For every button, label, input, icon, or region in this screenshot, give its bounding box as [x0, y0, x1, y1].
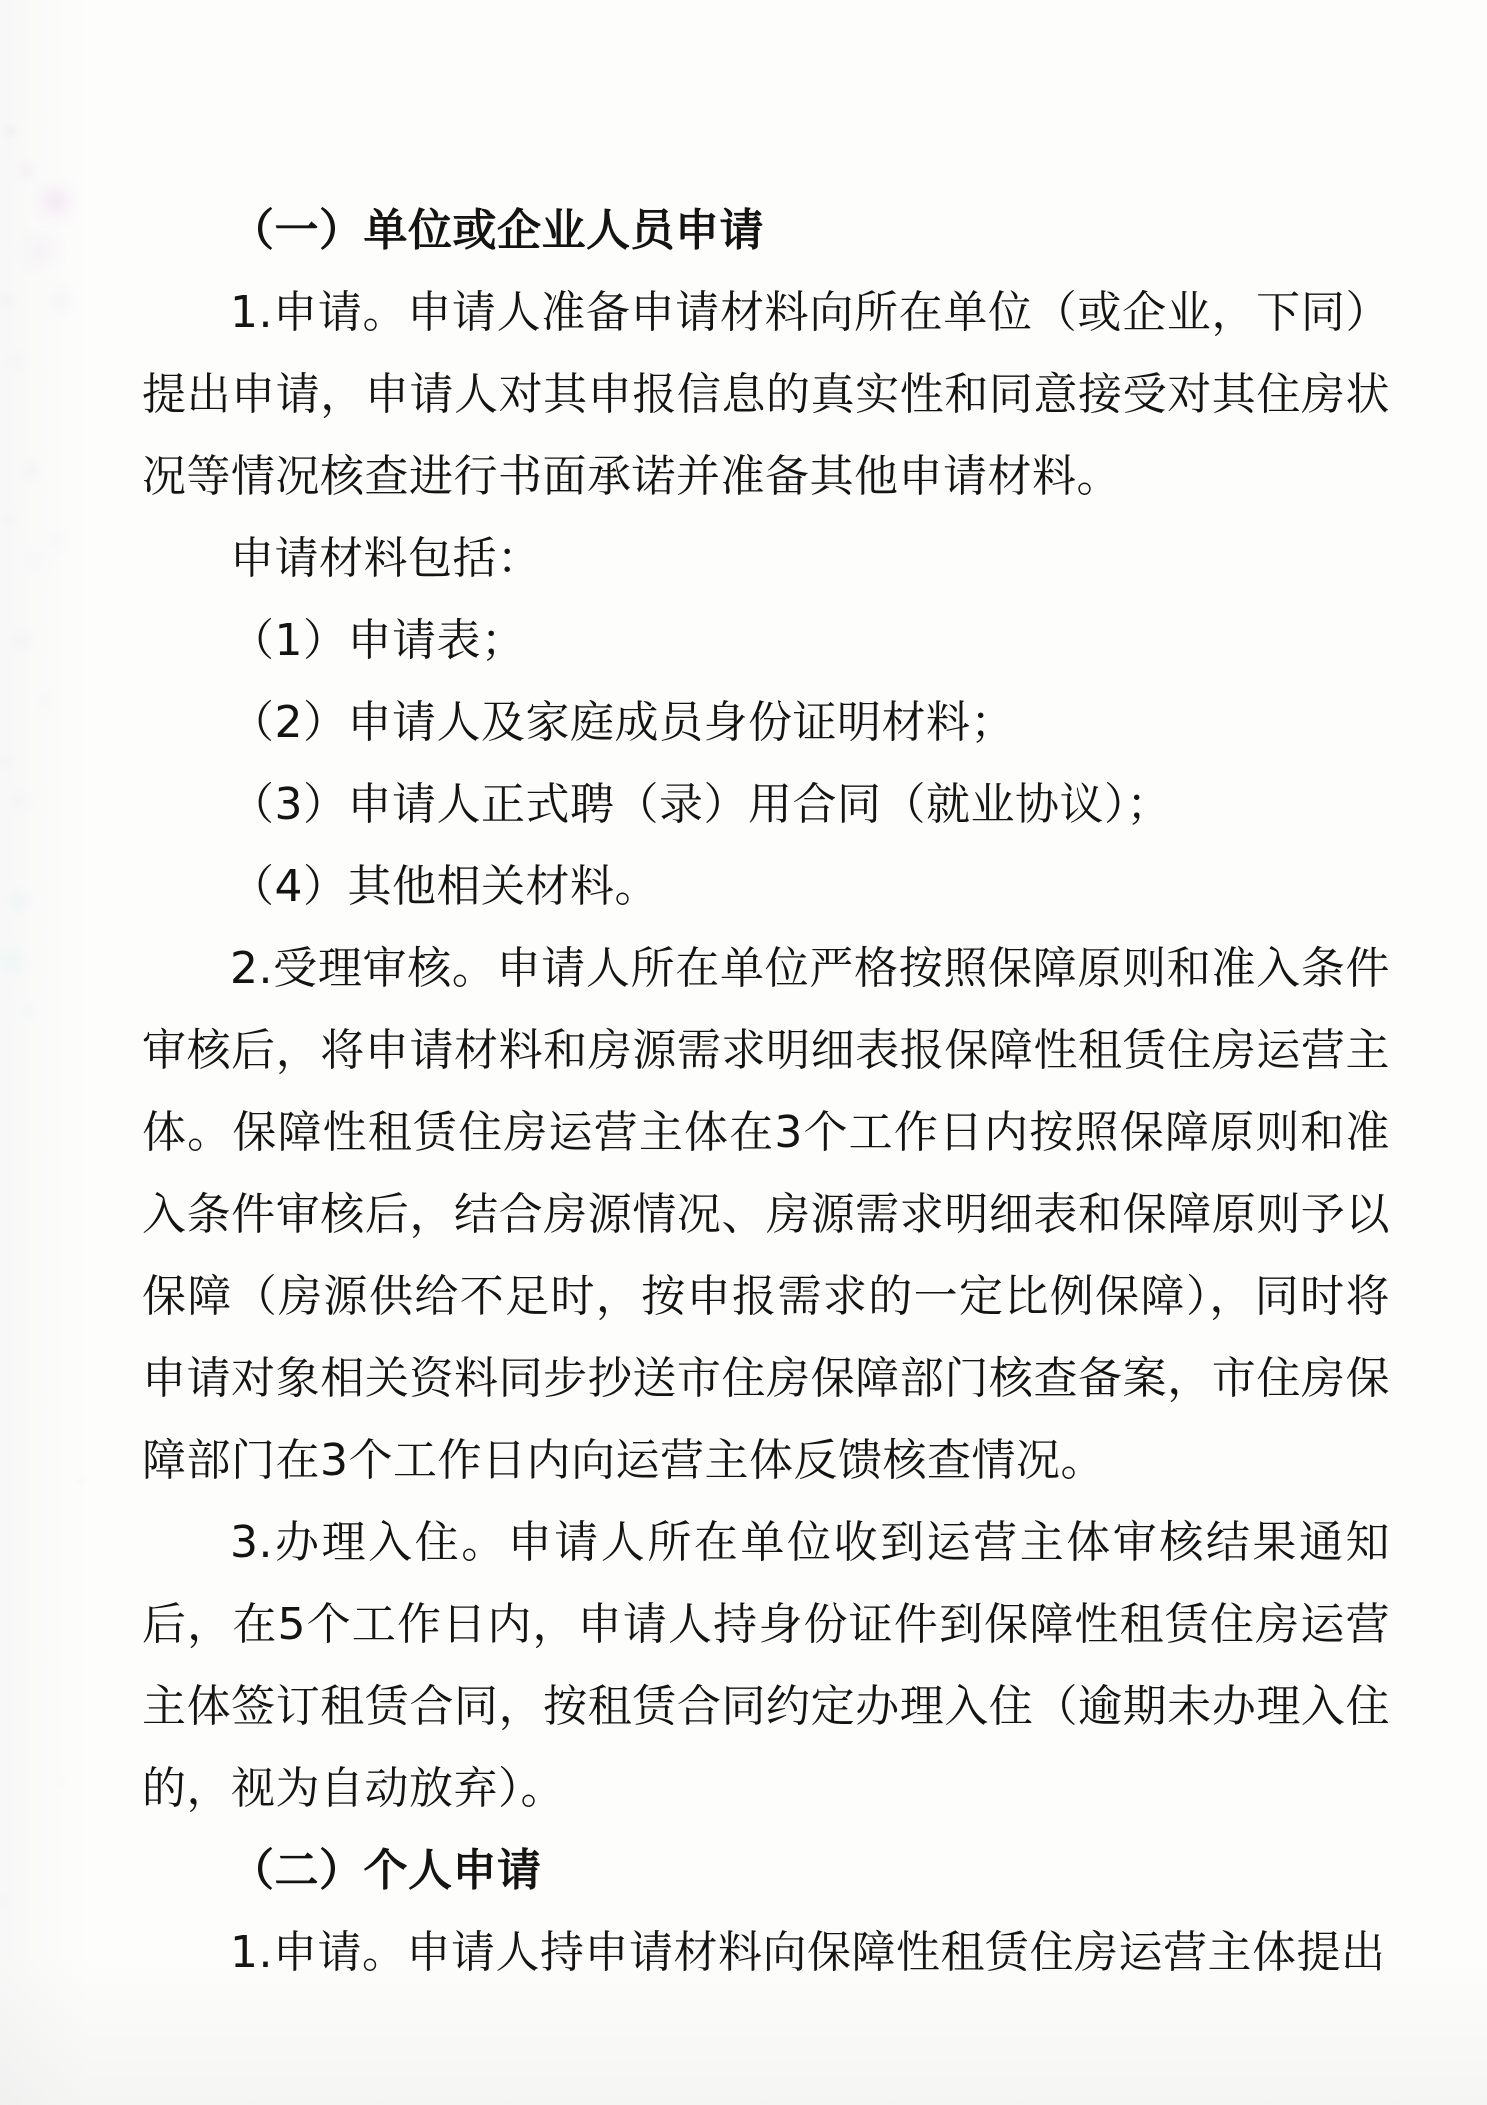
document-content: （一）单位或企业人员申请 1.申请。申请人准备申请材料向所在单位（或企业，下同）…: [142, 190, 1390, 1994]
list-item-application-form: （1）申请表；: [142, 600, 1390, 682]
scan-shade-left: [0, 0, 90, 2105]
list-item-identity-materials: （2）申请人及家庭成员身份证明材料；: [142, 682, 1390, 764]
paragraph-materials-intro: 申请材料包括：: [142, 518, 1390, 600]
document-page: （一）单位或企业人员申请 1.申请。申请人准备申请材料向所在单位（或企业，下同）…: [0, 0, 1487, 2105]
paragraph-apply-step: 1.申请。申请人准备申请材料向所在单位（或企业，下同）提出申请，申请人对其申报信…: [142, 272, 1390, 518]
paragraph-check-in: 3.办理入住。申请人所在单位收到运营主体审核结果通知后，在5个工作日内，申请人持…: [142, 1502, 1390, 1830]
scan-noise-pink: [0, 0, 2, 2]
paragraph-individual-apply: 1.申请。申请人持申请材料向保障性租赁住房运营主体提出: [142, 1912, 1390, 1994]
scan-noise-cyan: [0, 0, 2, 2]
section-heading-unit-application: （一）单位或企业人员申请: [142, 190, 1390, 272]
paragraph-acceptance-review: 2.受理审核。申请人所在单位严格按照保障原则和准入条件审核后，将申请材料和房源需…: [142, 928, 1390, 1502]
section-heading-individual-application: （二）个人申请: [142, 1830, 1390, 1912]
list-item-employment-contract: （3）申请人正式聘（录）用合同（就业协议）；: [142, 764, 1390, 846]
list-item-other-materials: （4）其他相关材料。: [142, 846, 1390, 928]
